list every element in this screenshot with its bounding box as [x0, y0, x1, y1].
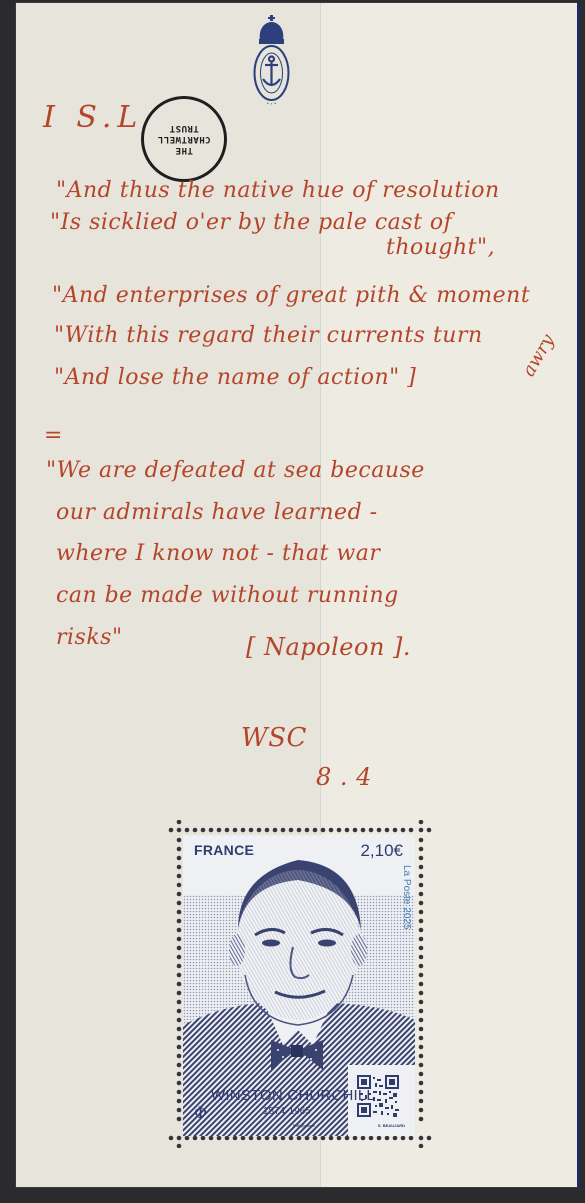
quote2-line: "We are defeated at sea because [46, 458, 425, 483]
postmark-line: CHARTWELL [157, 134, 210, 145]
manuscript-header: I S.L [43, 100, 143, 135]
postmark-line: THE [175, 145, 193, 156]
stamp-imprint: La Poste 2025 [401, 865, 412, 930]
quote1-line: "With this regard their currents turn [54, 323, 483, 348]
stamp-printer-credit: Phil@poste [293, 1123, 315, 1128]
admiralty-crest-icon: • ∘ • [252, 13, 310, 113]
quote2-line: our admirals have learned - [56, 500, 378, 525]
stamp-engraver-credit: S. BEAUJARD [378, 1123, 405, 1128]
postage-stamp: FRANCE 2,10€ La Poste 2025 WINSTON CHURC… [168, 820, 432, 1148]
quote2-line: where I know not - that war [56, 541, 380, 566]
quote2-attribution: [ Napoleon ]. [246, 633, 411, 661]
sheet-edge [577, 3, 580, 1187]
quote1-line: thought", [386, 235, 495, 260]
quote1-line: "And lose the name of action" ] [54, 365, 416, 390]
quote1-line: "Is sicklied o'er by the pale cast of [50, 210, 452, 235]
stamp-subject-years: 1874-1965 [263, 1106, 311, 1117]
quote2-line: risks" [56, 625, 123, 650]
chartwell-trust-postmark: THE CHARTWELL TRUST [141, 96, 227, 182]
stamp-subject-name: WINSTON CHURCHILL [211, 1087, 375, 1104]
manuscript-separator: = [44, 423, 63, 448]
svg-text:• ∘ •: • ∘ • [267, 101, 277, 106]
phil-poste-logo-icon: Φ [194, 1103, 207, 1122]
quote1-line: "And enterprises of great pith & moment [52, 283, 530, 308]
manuscript-date: 8 . 4 [316, 763, 372, 791]
quote2-line: can be made without running [56, 583, 399, 608]
stamp-face: FRANCE 2,10€ La Poste 2025 WINSTON CHURC… [183, 835, 415, 1136]
stamp-face-value: 2,10€ [360, 841, 403, 861]
quote1-line: "And thus the native hue of resolution [56, 178, 500, 203]
postmark-line: TRUST [169, 123, 199, 134]
signature-initials: WSC [241, 723, 307, 753]
stamp-country: FRANCE [194, 842, 254, 858]
